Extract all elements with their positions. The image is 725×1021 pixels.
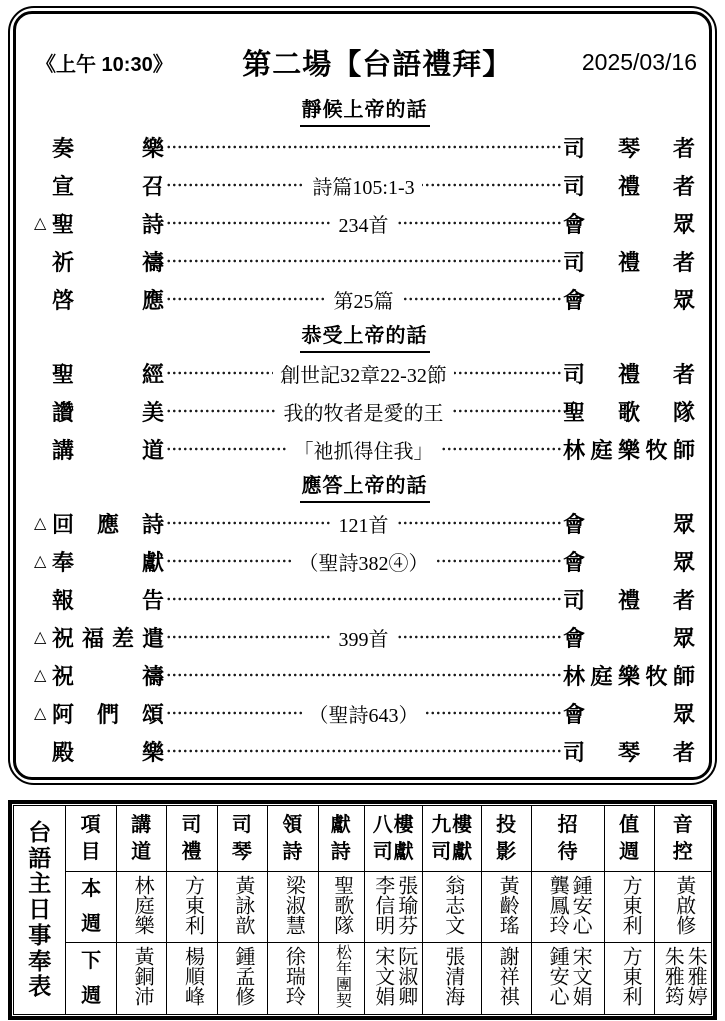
- program-item-assignee: 司禮者: [563, 170, 695, 201]
- duty-name-cell: 林庭樂: [116, 872, 166, 943]
- duty-header-cell: 項 目: [66, 806, 116, 872]
- worship-program-inner: 《上午 10:30》 第二場【台語禮拜】 2025/03/16 靜候上帝的話 奏…: [13, 11, 712, 780]
- program-row: △ 祝福差遣 399首 會眾: [28, 618, 701, 656]
- bulletin-page: 《上午 10:30》 第二場【台語禮拜】 2025/03/16 靜候上帝的話 奏…: [0, 0, 725, 1021]
- program-item-detail: 創世記32章22-32節: [273, 359, 454, 388]
- program-item-assignee: 林庭樂牧師: [563, 434, 695, 465]
- duty-header-cell: 值 週: [604, 806, 654, 872]
- program-item-assignee: 林庭樂牧師: [563, 660, 695, 691]
- row-label-this-week: 本 週: [66, 872, 116, 943]
- dot-leader: 121首: [166, 510, 561, 536]
- duty-name-cell: 張瑜芬 李信明: [364, 872, 423, 943]
- program-item-label: 奏樂: [52, 132, 164, 163]
- program-item-assignee: 會眾: [563, 546, 695, 577]
- dot-leader: 創世記32章22-32節: [166, 360, 561, 386]
- duty-header-cell: 投 影: [481, 806, 531, 872]
- duty-name-cell: 聖歌隊: [318, 872, 364, 943]
- duty-header-cell: 司 琴: [217, 806, 267, 872]
- duty-name-cell: 松年團契: [318, 943, 364, 1015]
- program-item-label: 報告: [52, 584, 164, 615]
- row-label-next-week: 下 週: [66, 943, 116, 1015]
- program-item-label: 殿樂: [52, 736, 164, 767]
- program-header: 《上午 10:30》 第二場【台語禮拜】 2025/03/16: [28, 32, 701, 92]
- duty-name-cell: 翁志文: [423, 872, 482, 943]
- duty-header-cell: 八樓 司獻: [364, 806, 423, 872]
- program-item-label: 講道: [52, 434, 164, 465]
- program-row: 讚美 我的牧者是愛的王 聖歌隊: [28, 392, 701, 430]
- program-item-label: 祈禱: [52, 246, 164, 277]
- dot-leader: 234首: [166, 210, 561, 236]
- page-title: 第二場【台語禮拜】: [173, 42, 582, 83]
- program-item-assignee: 會眾: [563, 208, 695, 239]
- program-row: △ 阿們頌 （聖詩643） 會眾: [28, 694, 701, 732]
- duty-name-cell: 朱雅婷 朱雅筠: [655, 943, 712, 1015]
- table-corner-label: 台 語 主 日 事 奉 表: [14, 806, 66, 1015]
- program-item-detail: 詩篇105:1-3: [305, 171, 421, 200]
- dot-leader: [166, 586, 561, 612]
- duty-name-cell: 阮淑卿 宋文娟: [364, 943, 423, 1015]
- program-row: 殿樂 司琴者: [28, 732, 701, 770]
- program-item-label: 聖經: [52, 358, 164, 389]
- triangle-marker: △: [34, 513, 52, 533]
- duty-header-cell: 司 禮: [167, 806, 217, 872]
- program-item-detail: 「祂抓得住我」: [287, 435, 441, 464]
- program-item-assignee: 會眾: [563, 284, 695, 315]
- duty-name-cell: 方東利: [604, 943, 654, 1015]
- duty-name-cell: 黃齡瑤: [481, 872, 531, 943]
- triangle-marker: △: [34, 627, 52, 647]
- dot-leader: （聖詩382④）: [166, 548, 561, 574]
- duty-header-cell: 音 控: [655, 806, 712, 872]
- dot-leader: 第25篇: [166, 286, 561, 312]
- program-item-detail: 我的牧者是愛的王: [277, 397, 451, 426]
- program-item-assignee: 會眾: [563, 508, 695, 539]
- duty-roster-table: 台 語 主 日 事 奉 表 項 目 講 道 司 禮 司 琴 領 詩 獻 詩 八樓…: [8, 800, 717, 1020]
- program-row: 聖經 創世記32章22-32節 司禮者: [28, 354, 701, 392]
- section-header: 恭受上帝的話: [28, 318, 701, 354]
- section-header: 應答上帝的話: [28, 468, 701, 504]
- program-row: △ 回應詩 121首 會眾: [28, 504, 701, 542]
- program-item-label: 啓應: [52, 284, 164, 315]
- duty-header-cell: 九樓 司獻: [423, 806, 482, 872]
- dot-leader: [166, 662, 561, 688]
- worship-program-box: 《上午 10:30》 第二場【台語禮拜】 2025/03/16 靜候上帝的話 奏…: [8, 6, 717, 785]
- duty-name-cell: 方東利: [604, 872, 654, 943]
- program-row: 講道 「祂抓得住我」 林庭樂牧師: [28, 430, 701, 468]
- duty-name-cell: 謝祥祺: [481, 943, 531, 1015]
- program-item-label: 奉獻: [52, 546, 164, 577]
- program-item-assignee: 司琴者: [563, 736, 695, 767]
- program-item-assignee: 司禮者: [563, 246, 695, 277]
- duty-name-cell: 梁淑慧: [268, 872, 318, 943]
- section-header: 靜候上帝的話: [28, 92, 701, 128]
- duty-name-cell: 徐瑞玲: [268, 943, 318, 1015]
- duty-name-cell: 鍾安心 龔鳳玲: [532, 872, 605, 943]
- program-row: 宣召 詩篇105:1-3 司禮者: [28, 166, 701, 204]
- dot-leader: 399首: [166, 624, 561, 650]
- duty-header-cell: 招 待: [532, 806, 605, 872]
- program-item-assignee: 會眾: [563, 698, 695, 729]
- program-row: 報告 司禮者: [28, 580, 701, 618]
- dot-leader: （聖詩643）: [166, 700, 561, 726]
- program-row: 祈禱 司禮者: [28, 242, 701, 280]
- program-item-detail: 234首: [332, 209, 396, 238]
- duty-name-cell: 宋文娟 鍾安心: [532, 943, 605, 1015]
- duty-name-cell: 黃銅沛: [116, 943, 166, 1015]
- service-time: 《上午 10:30》: [36, 48, 173, 77]
- duty-name-cell: 方東利: [167, 872, 217, 943]
- triangle-marker: △: [34, 703, 52, 723]
- table-row: 本 週 林庭樂 方東利 黃詠歆 梁淑慧 聖歌隊 張瑜芬 李信明 翁志文 黃齡瑤 …: [14, 872, 712, 943]
- program-item-assignee: 司禮者: [563, 358, 695, 389]
- program-item-detail: （聖詩382④）: [292, 547, 436, 576]
- dot-leader: 我的牧者是愛的王: [166, 398, 561, 424]
- program-item-label: 回應詩: [52, 508, 164, 539]
- program-item-detail: 121首: [332, 509, 396, 538]
- program-item-label: 宣召: [52, 170, 164, 201]
- table-row: 下 週 黃銅沛 楊順峰 鍾孟修 徐瑞玲 松年團契 阮淑卿 宋文娟 張清海 謝祥祺…: [14, 943, 712, 1015]
- triangle-marker: △: [34, 665, 52, 685]
- dot-leader: 「祂抓得住我」: [166, 436, 561, 462]
- program-row: 奏樂 司琴者: [28, 128, 701, 166]
- duty-name-cell: 張清海: [423, 943, 482, 1015]
- duty-name-cell: 楊順峰: [167, 943, 217, 1015]
- duty-name-cell: 黃詠歆: [217, 872, 267, 943]
- triangle-marker: △: [34, 213, 52, 233]
- dot-leader: 詩篇105:1-3: [166, 172, 561, 198]
- dot-leader: [166, 134, 561, 160]
- program-item-assignee: 會眾: [563, 622, 695, 653]
- duty-header-cell: 領 詩: [268, 806, 318, 872]
- program-item-label: 阿們頌: [52, 698, 164, 729]
- service-date: 2025/03/16: [582, 49, 697, 76]
- program-item-detail: （聖詩643）: [302, 699, 426, 728]
- program-item-detail: 399首: [332, 623, 396, 652]
- program-item-label: 讚美: [52, 396, 164, 427]
- program-item-assignee: 聖歌隊: [563, 396, 695, 427]
- program-row: △ 祝禱 林庭樂牧師: [28, 656, 701, 694]
- dot-leader: [166, 738, 561, 764]
- duty-header-cell: 講 道: [116, 806, 166, 872]
- program-row: △ 聖詩 234首 會眾: [28, 204, 701, 242]
- program-item-label: 祝禱: [52, 660, 164, 691]
- duty-name-cell: 鍾孟修: [217, 943, 267, 1015]
- triangle-marker: △: [34, 551, 52, 571]
- duty-header-cell: 獻 詩: [318, 806, 364, 872]
- program-item-label: 祝福差遣: [52, 622, 164, 653]
- duty-name-cell: 黃啟修: [655, 872, 712, 943]
- dot-leader: [166, 248, 561, 274]
- program-row: 啓應 第25篇 會眾: [28, 280, 701, 318]
- program-item-detail: 第25篇: [327, 285, 401, 314]
- program-item-assignee: 司琴者: [563, 132, 695, 163]
- program-item-assignee: 司禮者: [563, 584, 695, 615]
- program-item-label: 聖詩: [52, 208, 164, 239]
- program-row: △ 奉獻 （聖詩382④） 會眾: [28, 542, 701, 580]
